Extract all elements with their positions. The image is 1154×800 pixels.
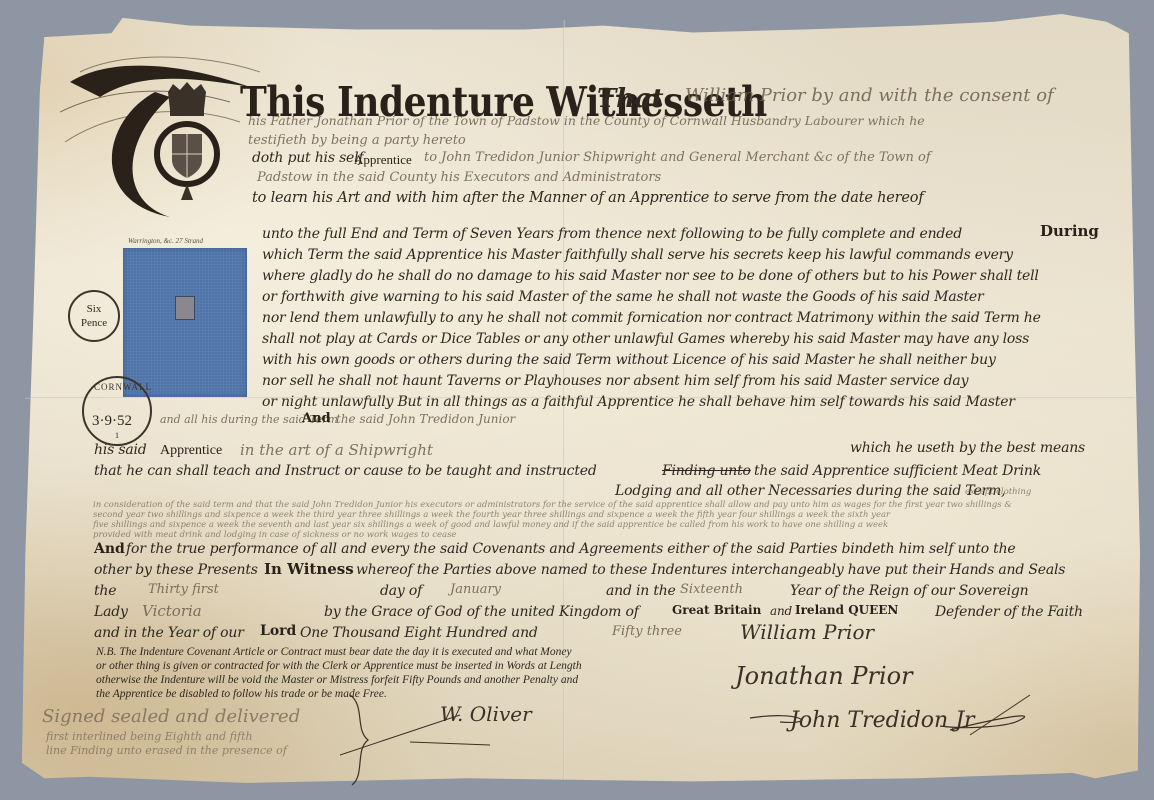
and-word: And xyxy=(94,541,125,557)
ireland-queen-label: Ireland QUEEN xyxy=(795,603,898,617)
body-line: where gladly do he shall do no damage to… xyxy=(262,268,1039,284)
signature-william-prior: William Prior xyxy=(740,620,874,644)
in-witness-heading: In Witness xyxy=(264,560,354,578)
body-line: nor sell he shall not haunt Taverns or P… xyxy=(262,373,968,389)
master-name: the said John Tredidon Junior xyxy=(336,412,515,426)
body-line: shall not play at Cards or Dice Tables o… xyxy=(262,331,1029,347)
signature-jonathan-prior: Jonathan Prior xyxy=(735,662,913,690)
witness-signature: W. Oliver xyxy=(440,702,532,726)
body-line: the xyxy=(94,583,116,599)
sovereign-field: Victoria xyxy=(142,602,202,620)
postmark-place: CORNWALL xyxy=(94,382,152,392)
that-word: That xyxy=(597,84,663,114)
body-line: Defender of the Faith xyxy=(935,604,1083,620)
postmark-date: 3·9·52 xyxy=(92,413,132,430)
attestation-line: first interlined being Eighth and fifth xyxy=(46,730,253,743)
body-line: One Thousand Eight Hundred and xyxy=(300,625,538,641)
day-field: Thirty first xyxy=(148,582,219,597)
interlined-text: except clothing xyxy=(965,487,1031,497)
and-word: And xyxy=(302,411,331,426)
body-line: doth put his self xyxy=(252,150,363,166)
during-word: During xyxy=(1040,222,1099,240)
notice-line: or other thing is given or contracted fo… xyxy=(96,660,582,672)
month-field: January xyxy=(450,582,501,597)
great-britain-label: Great Britain xyxy=(672,603,761,617)
struck-text: Finding unto xyxy=(662,463,751,479)
body-line: Year of the Reign of our Sovereign xyxy=(790,583,1028,599)
body-line: testifieth by being a party hereto xyxy=(248,133,466,148)
body-line: or night unlawfully But in all things as… xyxy=(262,394,1015,410)
attestation-line: line Finding unto erased in the presence… xyxy=(46,744,287,757)
body-line: to learn his Art and with him after the … xyxy=(252,190,924,206)
body-line: and in the xyxy=(606,583,676,599)
body-line: with his own goods or others during the … xyxy=(262,352,996,368)
term-line: unto the full End and Term of Seven Year… xyxy=(262,226,962,242)
master-name: to John Tredidon Junior Shipwright and G… xyxy=(424,150,931,165)
apprentice-name: William Prior by and with the consent of xyxy=(685,85,1054,106)
attestation-line: Signed sealed and delivered xyxy=(42,706,300,727)
stamp-text: Six xyxy=(70,302,118,316)
body-line: by the Grace of God of the united Kingdo… xyxy=(324,604,639,620)
body-line: Padstow in the said County his Executors… xyxy=(257,170,661,185)
notice-line: N.B. The Indenture Covenant Article or C… xyxy=(96,646,572,658)
body-line: his Father Jonathan Prior of the Town of… xyxy=(248,113,925,128)
wages-clause: five shillings and sixpence a week the s… xyxy=(93,520,888,530)
blue-duty-stamp xyxy=(123,248,247,397)
trade-field: in the art of a Shipwright xyxy=(240,441,433,459)
signature-flourish-icon xyxy=(740,690,1050,740)
body-line: which Term the said Apprentice his Maste… xyxy=(262,247,1013,263)
wages-clause: provided with meat drink and lodging in … xyxy=(93,530,456,540)
six-pence-stamp: Six Pence xyxy=(68,290,120,342)
body-line: whereof the Parties above named to these… xyxy=(356,562,1065,578)
body-line: that he can shall teach and Instruct or … xyxy=(94,463,597,479)
body-line: nor lend them unlawfully to any he shall… xyxy=(262,310,1041,326)
stamp-text: Pence xyxy=(70,316,118,330)
body-line: day of xyxy=(380,583,422,599)
year-field: Fifty three xyxy=(612,624,682,639)
lord-word: Lord xyxy=(260,623,296,639)
body-line: for the true performance of all and ever… xyxy=(126,541,1016,557)
apprentice-label: Apprentice xyxy=(160,443,222,459)
body-line: which he useth by the best means xyxy=(850,440,1085,456)
body-line: Lady xyxy=(94,604,128,620)
wages-clause: in consideration of the said term and th… xyxy=(93,500,1012,510)
wages-clause: second year two shillings and sixpence a… xyxy=(93,510,890,520)
body-line: and in the Year of our xyxy=(94,625,244,641)
regnal-year-field: Sixteenth xyxy=(680,582,743,597)
body-line: or forthwith give warning to his said Ma… xyxy=(262,289,983,305)
body-line: Lodging and all other Necessaries during… xyxy=(615,483,1005,499)
apprentice-label: Apprentice xyxy=(354,152,412,168)
postmark-stamp: CORNWALL 3·9·52 1 xyxy=(82,376,152,446)
embossed-seal-icon xyxy=(175,296,195,320)
body-line: and xyxy=(770,604,792,618)
body-line: other by these Presents xyxy=(94,562,258,578)
notice-line: otherwise the Indenture will be void the… xyxy=(96,674,578,686)
body-line: the said Apprentice sufficient Meat Drin… xyxy=(754,463,1041,479)
postmark-number: 1 xyxy=(115,431,119,440)
stamp-maker-label: Warrington, &c. 27 Strand xyxy=(128,237,203,245)
royal-crest-icon xyxy=(148,82,226,222)
